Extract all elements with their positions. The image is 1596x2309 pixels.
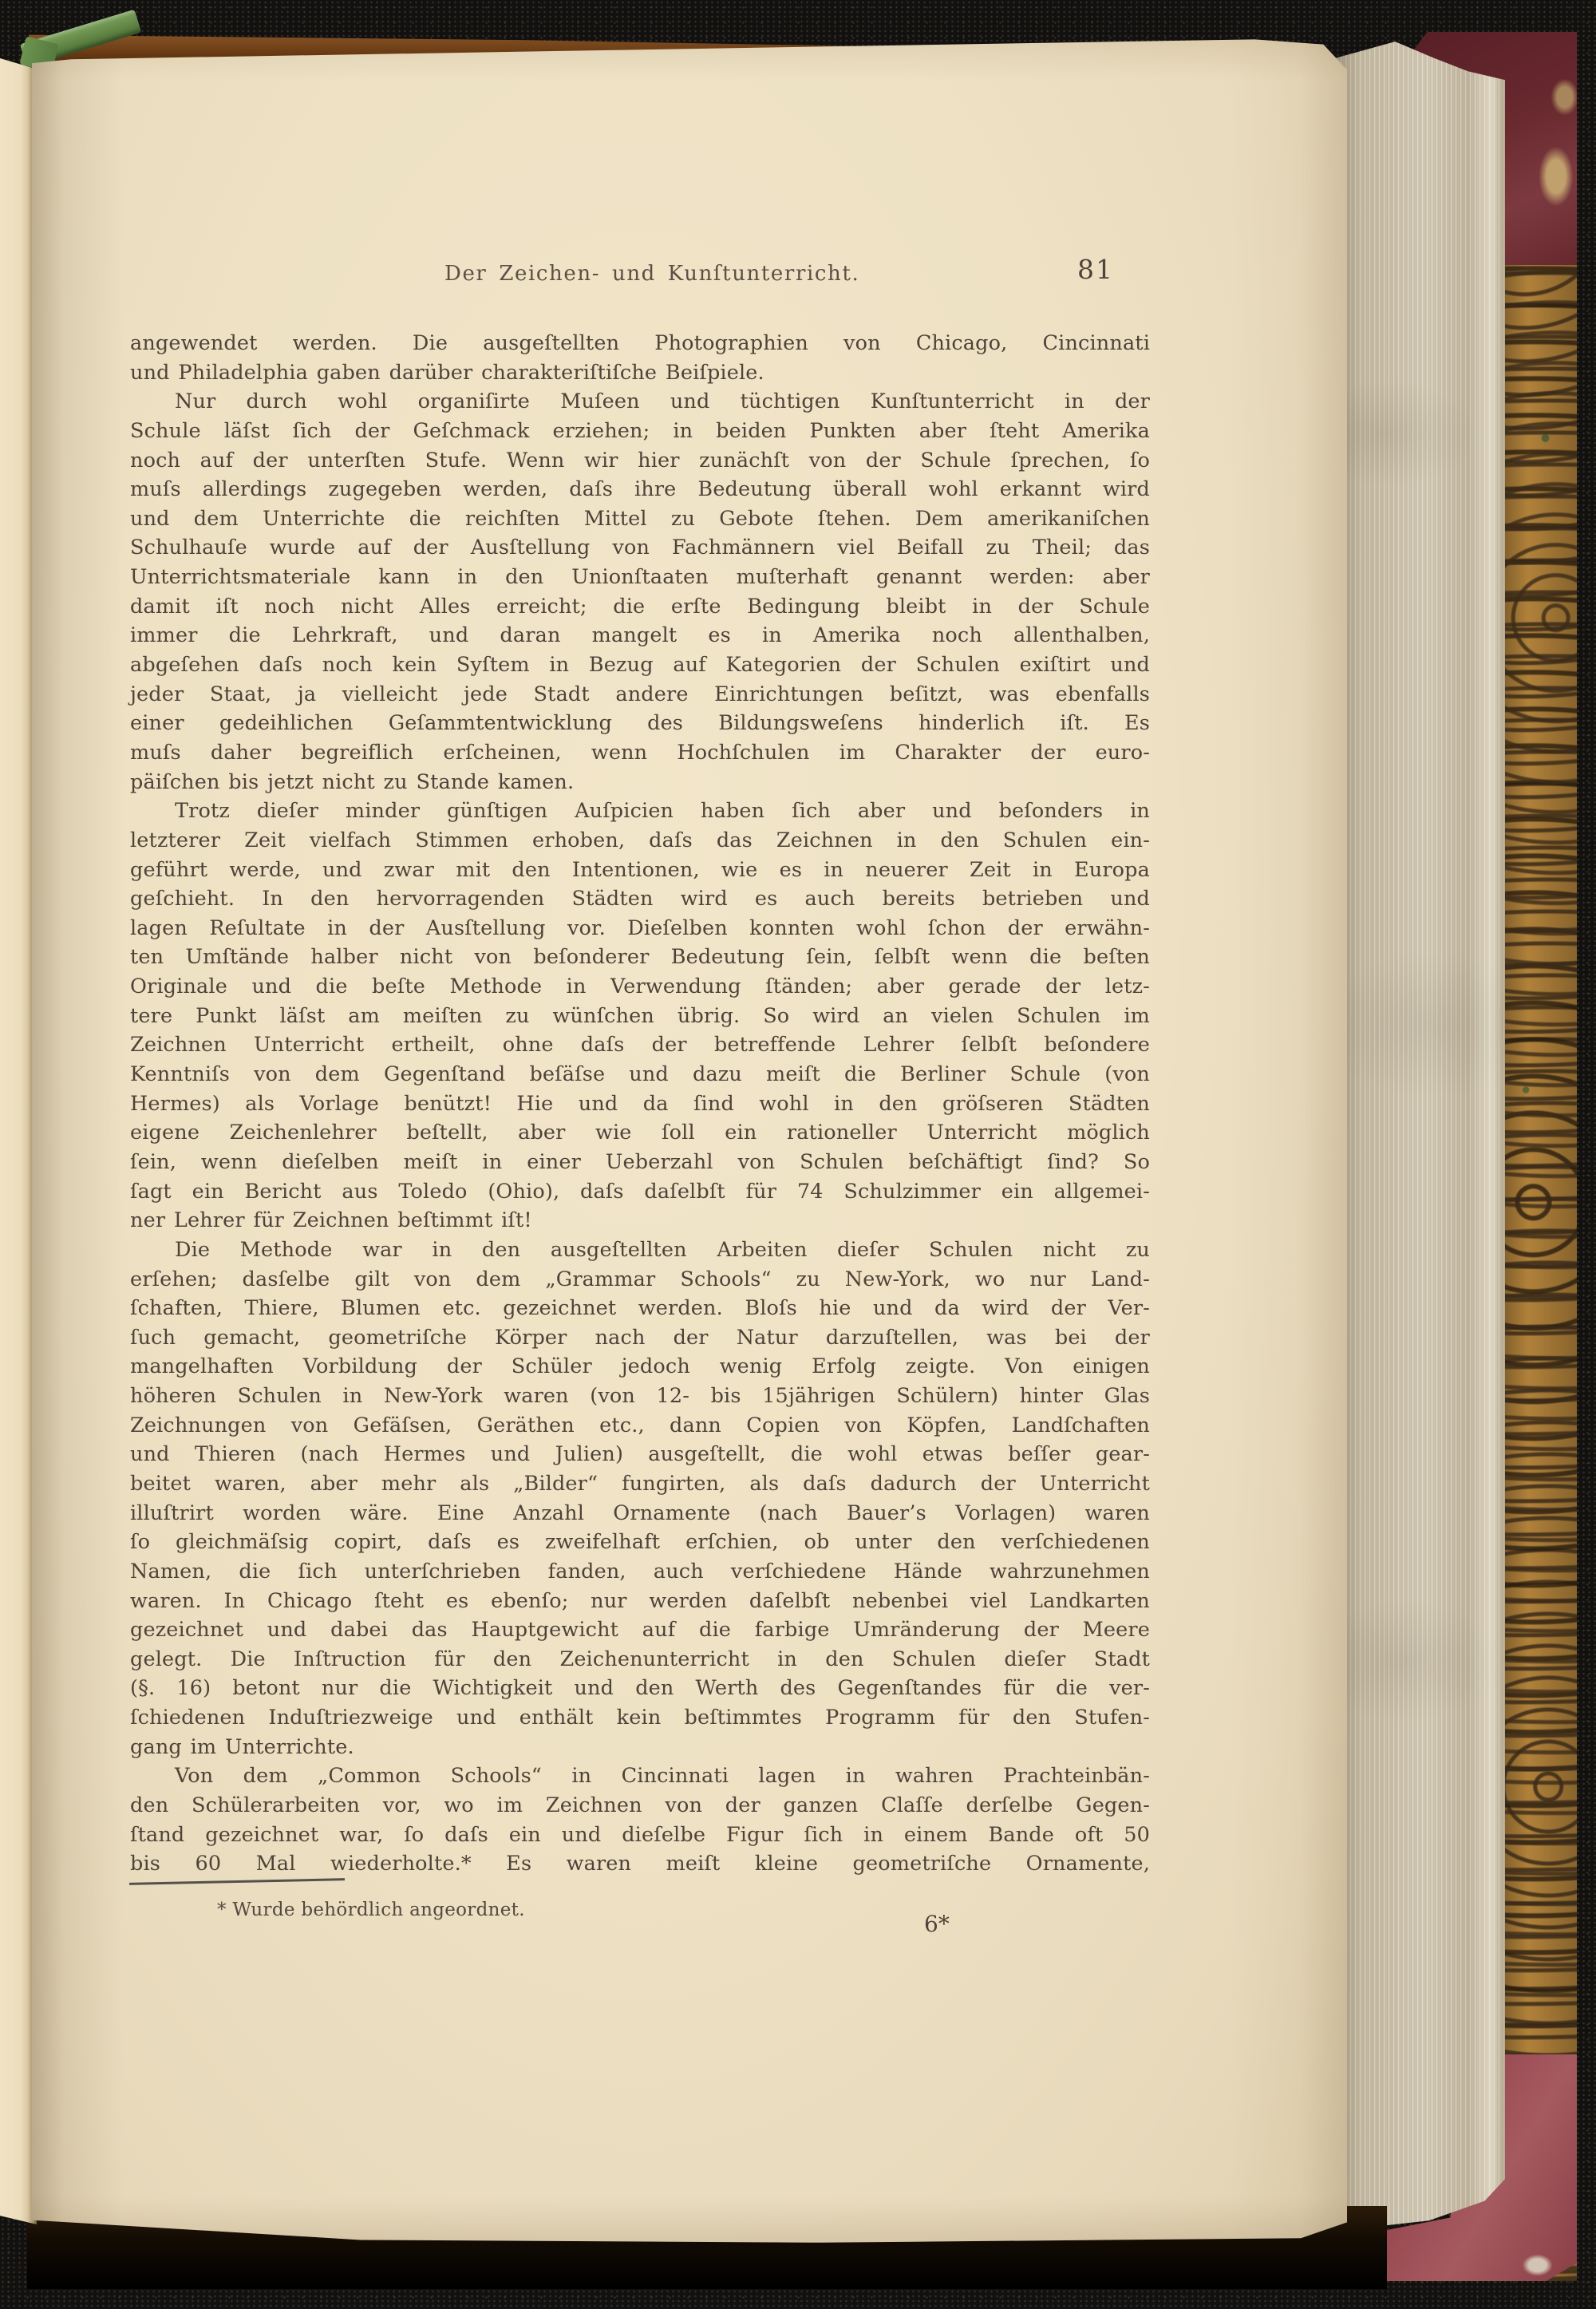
- text-line: angewendet werden. Die ausgeſtellten Pho…: [130, 329, 1150, 358]
- footnote: * Wurde behördlich angeordnet.: [217, 1900, 525, 1920]
- text-line: Trotz dieſer minder günſtigen Auſpicien …: [130, 797, 1150, 826]
- text-line: Die Methode war in den ausgeſtellten Arb…: [130, 1236, 1150, 1265]
- text-line: ſchiedenen Induſtriezweige und enthält k…: [130, 1703, 1150, 1733]
- text-line: gang im Unterrichte.: [130, 1733, 1150, 1762]
- text-line: gezeichnet und dabei das Hauptgewicht au…: [130, 1615, 1150, 1645]
- page: Der Zeichen- und Kunſtunterricht. 81 ang…: [32, 37, 1347, 2244]
- text-line: gelegt. Die Inſtruction für den Zeichenu…: [130, 1645, 1150, 1674]
- text-line: bis 60 Mal wiederholte.* Es waren meiſt …: [130, 1849, 1150, 1879]
- text-line: Schule läſst ſich der Geſchmack erziehen…: [130, 417, 1150, 446]
- text-line: muſs allerdings zugegeben werden, daſs i…: [130, 475, 1150, 504]
- text-line: letzterer Zeit vielfach Stimmen erhoben,…: [130, 826, 1150, 856]
- scanned-book-page: Der Zeichen- und Kunſtunterricht. 81 ang…: [0, 0, 1596, 2309]
- text-line: höheren Schulen in New-York waren (von 1…: [130, 1382, 1150, 1411]
- text-line: ſuch gemacht, geometriſche Körper nach d…: [130, 1323, 1150, 1353]
- text-line: ten Umſtände halber nicht von beſonderer…: [130, 943, 1150, 972]
- text-line: ſein, wenn dieſelben meiſt in einer Uebe…: [130, 1148, 1150, 1177]
- page-number: 81: [1077, 254, 1114, 285]
- text-line: erſehen; dasſelbe gilt von dem „Grammar …: [130, 1265, 1150, 1295]
- text-line: ſo gleichmäſsig copirt, daſs es zweifelh…: [130, 1528, 1150, 1557]
- text-line: und dem Unterrichte die reichſten Mittel…: [130, 504, 1150, 534]
- fore-edge-page-stack: [1336, 38, 1505, 2232]
- text-line: mangelhaften Vorbildung der Schüler jedo…: [130, 1352, 1150, 1382]
- text-line: damit iſt noch nicht Alles erreicht; die…: [130, 592, 1150, 622]
- text-line: ſchaften, Thiere, Blumen etc. gezeichnet…: [130, 1294, 1150, 1323]
- text-line: muſs daher begreiflich erſcheinen, wenn …: [130, 738, 1150, 768]
- text-line: Hermes) als Vorlage benützt! Hie und da …: [130, 1089, 1150, 1119]
- footnote-rule: [129, 1878, 345, 1885]
- text-line: geſchieht. In den hervorragenden Städten…: [130, 884, 1150, 914]
- text-line: beitet waren, aber mehr als „Bilder“ fun…: [130, 1469, 1150, 1499]
- text-line: den Schülerarbeiten vor, wo im Zeichnen …: [130, 1791, 1150, 1821]
- signature-mark: 6*: [924, 1911, 950, 1937]
- text-line: eigene Zeichenlehrer beſtellt, aber wie …: [130, 1118, 1150, 1148]
- text-line: Unterrichtsmateriale kann in den Unionſt…: [130, 563, 1150, 592]
- text-line: Namen, die ſich unterſchrieben fanden, a…: [130, 1557, 1150, 1587]
- text-line: immer die Lehrkraft, und daran mangelt e…: [130, 621, 1150, 650]
- text-block: angewendet werden. Die ausgeſtellten Pho…: [130, 329, 1150, 1879]
- text-line: jeder Staat, ja vielleicht jede Stadt an…: [130, 680, 1150, 710]
- text-line: ſagt ein Bericht aus Toledo (Ohio), daſs…: [130, 1177, 1150, 1207]
- text-line: lagen Reſultate in der Ausſtellung vor. …: [130, 914, 1150, 943]
- running-header: Der Zeichen- und Kunſtunterricht.: [444, 262, 859, 286]
- text-line: illuſtrirt worden wäre. Eine Anzahl Orna…: [130, 1499, 1150, 1528]
- text-line: waren. In Chicago ſteht es ebenſo; nur w…: [130, 1587, 1150, 1616]
- text-line: Schulhauſe wurde auf der Ausſtellung von…: [130, 533, 1150, 563]
- text-line: päiſchen bis jetzt nicht zu Stande kamen…: [130, 768, 1150, 797]
- text-line: Originale und die beſte Methode in Verwe…: [130, 972, 1150, 1002]
- text-line: ner Lehrer für Zeichnen beſtimmt iſt!: [130, 1206, 1150, 1236]
- text-line: tere Punkt läſst am meiſten zu wünſchen …: [130, 1002, 1150, 1031]
- text-line: und Philadelphia gaben darüber charakter…: [130, 358, 1150, 388]
- text-line: Zeichnungen von Gefäſsen, Geräthen etc.,…: [130, 1411, 1150, 1441]
- text-line: (§. 16) betont nur die Wichtigkeit und d…: [130, 1674, 1150, 1703]
- text-line: geführt werde, und zwar mit den Intentio…: [130, 856, 1150, 885]
- text-line: einer gedeihlichen Geſammtentwicklung de…: [130, 709, 1150, 738]
- text-line: und Thieren (nach Hermes und Julien) aus…: [130, 1440, 1150, 1469]
- text-line: Zeichnen Unterricht ertheilt, ohne daſs …: [130, 1030, 1150, 1060]
- text-line: abgeſehen daſs noch kein Syſtem in Bezug…: [130, 650, 1150, 680]
- text-line: Von dem „Common Schools“ in Cincinnati l…: [130, 1761, 1150, 1791]
- marbled-board-edge: [1502, 34, 1577, 2281]
- text-line: Kenntniſs von dem Gegenſtand beſäſse und…: [130, 1060, 1150, 1089]
- facing-page-gutter: [0, 49, 37, 2233]
- text-line: noch auf der unterſten Stufe. Wenn wir h…: [130, 446, 1150, 476]
- text-line: ſtand gezeichnet war, ſo daſs ein und di…: [130, 1821, 1150, 1850]
- text-line: Nur durch wohl organiſirte Muſeen und tü…: [130, 387, 1150, 417]
